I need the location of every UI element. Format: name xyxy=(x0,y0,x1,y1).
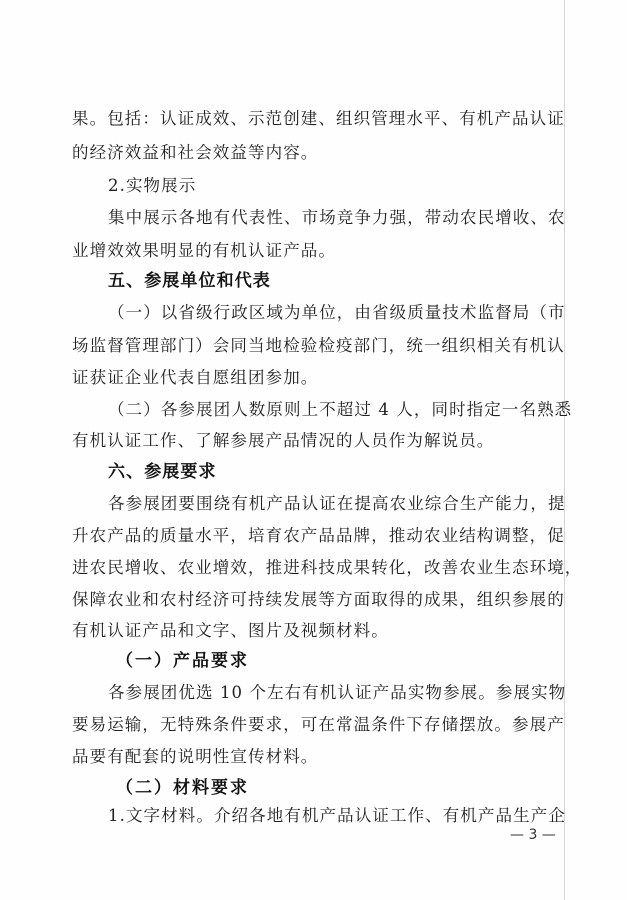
body-line: 有机认证产品和文字、图片及视频材料。 xyxy=(72,621,554,641)
body-line: 进农民增收、农业增效，推进科技成果转化，改善农业生态环境， xyxy=(72,558,554,578)
body-line: 各参展团要围绕有机产品认证在提高农业综合生产能力，提 xyxy=(108,494,554,514)
section-heading-5: 五、参展单位和代表 xyxy=(108,271,554,291)
body-line: 的经济效益和社会效益等内容。 xyxy=(72,143,554,163)
body-line: 场监督管理部门）会同当地检验检疫部门，统一组织相关有机认 xyxy=(72,336,554,356)
body-line: 品要有配套的说明性宣传材料。 xyxy=(72,747,554,767)
body-line: 1.文字材料。介绍各地有机产品认证工作、有机产品生产企 xyxy=(108,806,554,826)
page-number: — 3 — xyxy=(510,827,556,843)
page-edge-divider xyxy=(564,0,565,900)
section-item-title: 2.实物展示 xyxy=(108,176,554,196)
body-line: 集中展示各地有代表性、市场竞争力强，带动农民增收、农 xyxy=(108,208,554,228)
body-line: （二）各参展团人数原则上不超过 4 人，同时指定一名熟悉 xyxy=(108,400,554,420)
document-page: 果。包括：认证成效、示范创建、组织管理水平、有机产品认证 的经济效益和社会效益等… xyxy=(0,0,627,900)
body-line: 有机认证工作、了解参展产品情况的人员作为解说员。 xyxy=(72,431,554,451)
body-line: 果。包括：认证成效、示范创建、组织管理水平、有机产品认证 xyxy=(72,109,554,129)
subsection-heading-material: （二）材料要求 xyxy=(116,778,598,798)
body-line: 业增效效果明显的有机认证产品。 xyxy=(72,241,554,261)
section-heading-6: 六、参展要求 xyxy=(108,462,554,482)
body-line: 升农产品的质量水平，培育农产品品牌，推动农业结构调整，促 xyxy=(72,526,554,546)
body-line: 保障农业和农村经济可持续发展等方面取得的成果，组织参展的 xyxy=(72,590,554,610)
body-line: （一）以省级行政区域为单位，由省级质量技术监督局（市 xyxy=(108,303,554,323)
body-line: 要易运输，无特殊条件要求，可在常温条件下存储摆放。参展产 xyxy=(72,715,554,735)
body-line: 证获证企业代表自愿组团参加。 xyxy=(72,368,554,388)
subsection-heading-product: （一）产品要求 xyxy=(116,651,598,671)
body-line: 各参展团优选 10 个左右有机认证产品实物参展。参展实物 xyxy=(108,683,554,703)
